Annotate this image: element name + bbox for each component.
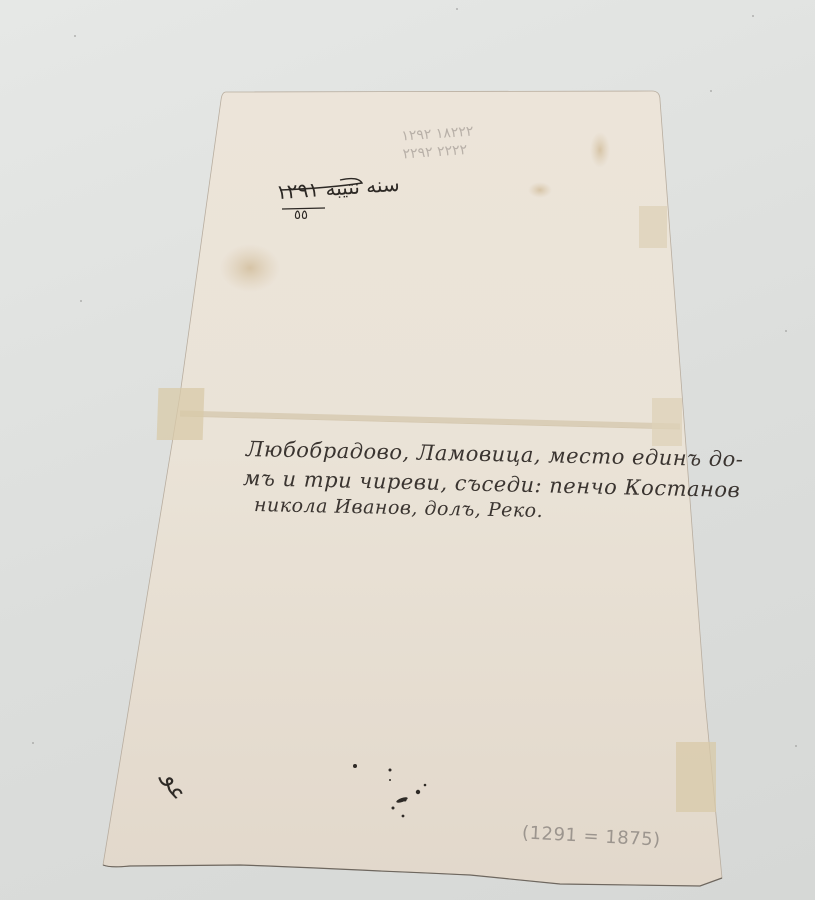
- arabic-number: ٥٥: [294, 208, 308, 223]
- tape-strip: [639, 206, 667, 248]
- tape-strip: [652, 398, 682, 446]
- pencil-notation: ١٨٢٢٢ ١٢٩٢ ٢٢٢٢ ٢٢٩٢: [401, 123, 475, 164]
- tape-strip: [676, 742, 716, 812]
- tape-strip: [157, 388, 205, 440]
- stain-upper-left: [220, 244, 280, 292]
